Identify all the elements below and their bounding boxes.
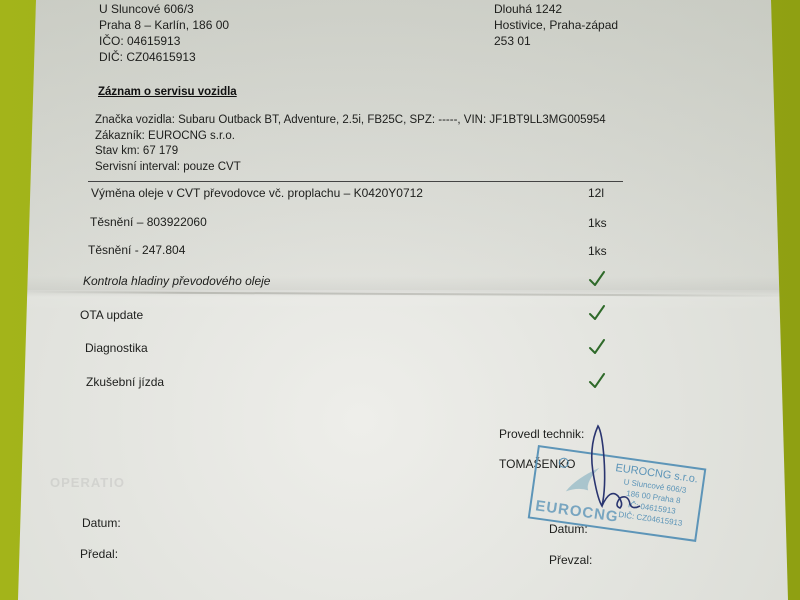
item-qty: 1ks: [588, 244, 607, 258]
item-label: Těsnění - 247.804: [88, 243, 185, 257]
received-by-label: Převzal:: [549, 553, 592, 567]
mileage: Stav km: 67 179: [95, 144, 606, 160]
sender-address-line: U Sluncové 606/3: [99, 2, 229, 18]
recipient-address-line: Dlouhá 1242: [494, 2, 618, 18]
item-label: Těsnění – 803922060: [90, 215, 207, 229]
vehicle-brand: Značka vozidla: Subaru Outback BT, Adven…: [95, 113, 606, 129]
technician-label: Provedl technik:: [499, 427, 584, 441]
recipient-address-line: 253 01: [494, 34, 618, 50]
recipient-address: Dlouhá 1242 Hostivice, Praha-západ 253 0…: [494, 2, 618, 50]
sender-ico: IČO: 04615913: [99, 34, 229, 50]
sender-dic: DIČ: CZ04615913: [99, 50, 229, 66]
technician-signature: [580, 418, 650, 518]
check-label: Zkušební jízda: [86, 375, 164, 389]
checkmark-icon: [588, 304, 606, 322]
item-label: Výměna oleje v CVT převodovce vč. propla…: [91, 186, 423, 200]
check-label: Kontrola hladiny převodového oleje: [83, 274, 270, 288]
vehicle-info: Značka vozidla: Subaru Outback BT, Adven…: [95, 113, 606, 175]
item-qty: 1ks: [588, 216, 607, 230]
handover-by-label: Předal:: [80, 547, 118, 561]
checkmark-icon: [588, 270, 606, 288]
check-label: Diagnostika: [85, 341, 148, 355]
checkmark-icon: [588, 372, 606, 390]
check-label: OTA update: [80, 308, 143, 322]
item-qty: 12l: [588, 186, 604, 200]
bleed-through-text: OPERATIO: [50, 475, 125, 490]
service-interval: Servisní interval: pouze CVT: [95, 160, 606, 176]
handover-date-label: Datum:: [82, 516, 121, 530]
table-divider: [88, 181, 623, 182]
photo-background: OPERATIO U Sluncové 606/3 Praha 8 – Karl…: [0, 0, 800, 600]
document-title: Záznam o servisu vozidla: [98, 86, 237, 98]
sender-address: U Sluncové 606/3 Praha 8 – Karlín, 186 0…: [99, 2, 229, 66]
checkmark-icon: [588, 338, 606, 356]
recipient-address-line: Hostivice, Praha-západ: [494, 18, 618, 34]
sender-address-line: Praha 8 – Karlín, 186 00: [99, 18, 229, 34]
customer: Zákazník: EUROCNG s.r.o.: [95, 129, 606, 145]
